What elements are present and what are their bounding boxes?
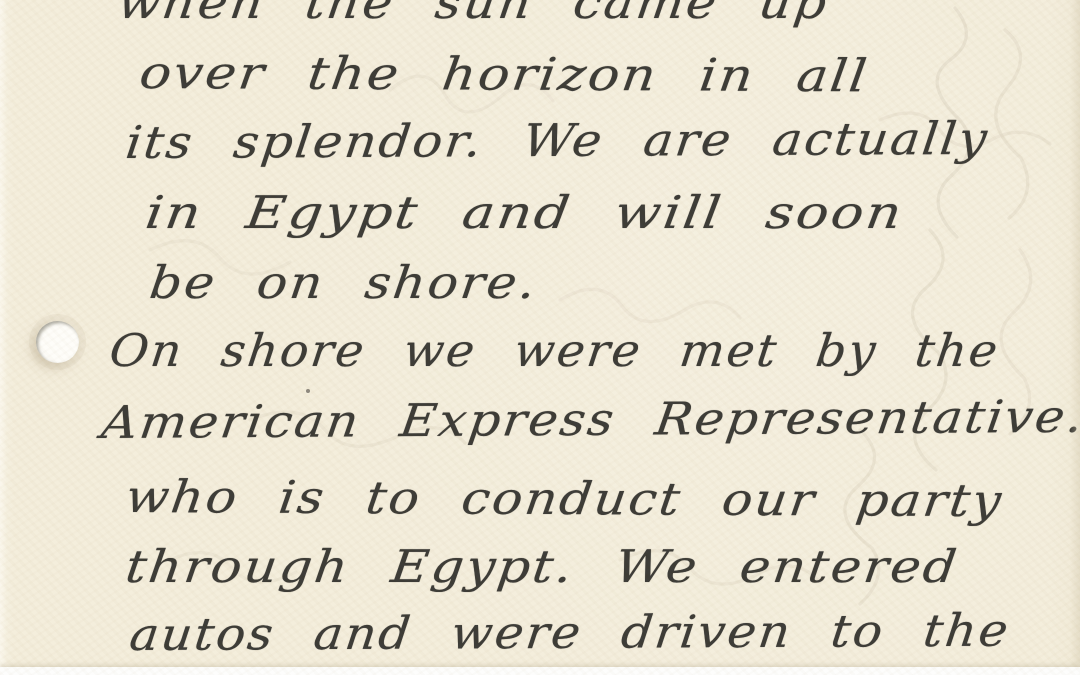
- hole-punch: [36, 321, 79, 363]
- scan-edge-left: [0, 0, 7, 675]
- handwritten-line: autos and were driven to the: [127, 602, 1014, 664]
- handwritten-line: when the sun came up: [114, 0, 831, 32]
- handwritten-line: On shore we were met by the: [106, 322, 1002, 380]
- handwritten-line: American Express Representative.: [98, 388, 1080, 452]
- ink-speck: [306, 389, 310, 393]
- handwritten-line: over the horizon in all: [136, 44, 872, 105]
- handwritten-line: be on shore.: [146, 254, 540, 312]
- handwritten-line: its splendor. We are actually: [123, 110, 992, 172]
- handwritten-line: in Egypt and will soon: [142, 184, 908, 242]
- scan-edge-bottom: [0, 667, 1080, 675]
- handwritten-line: through Egypt. We entered: [122, 538, 961, 596]
- scanned-letter-page: when the sun came up over the horizon in…: [0, 0, 1080, 675]
- scan-edge-right: [1070, 0, 1080, 675]
- handwritten-line: who is to conduct our party: [122, 468, 1006, 530]
